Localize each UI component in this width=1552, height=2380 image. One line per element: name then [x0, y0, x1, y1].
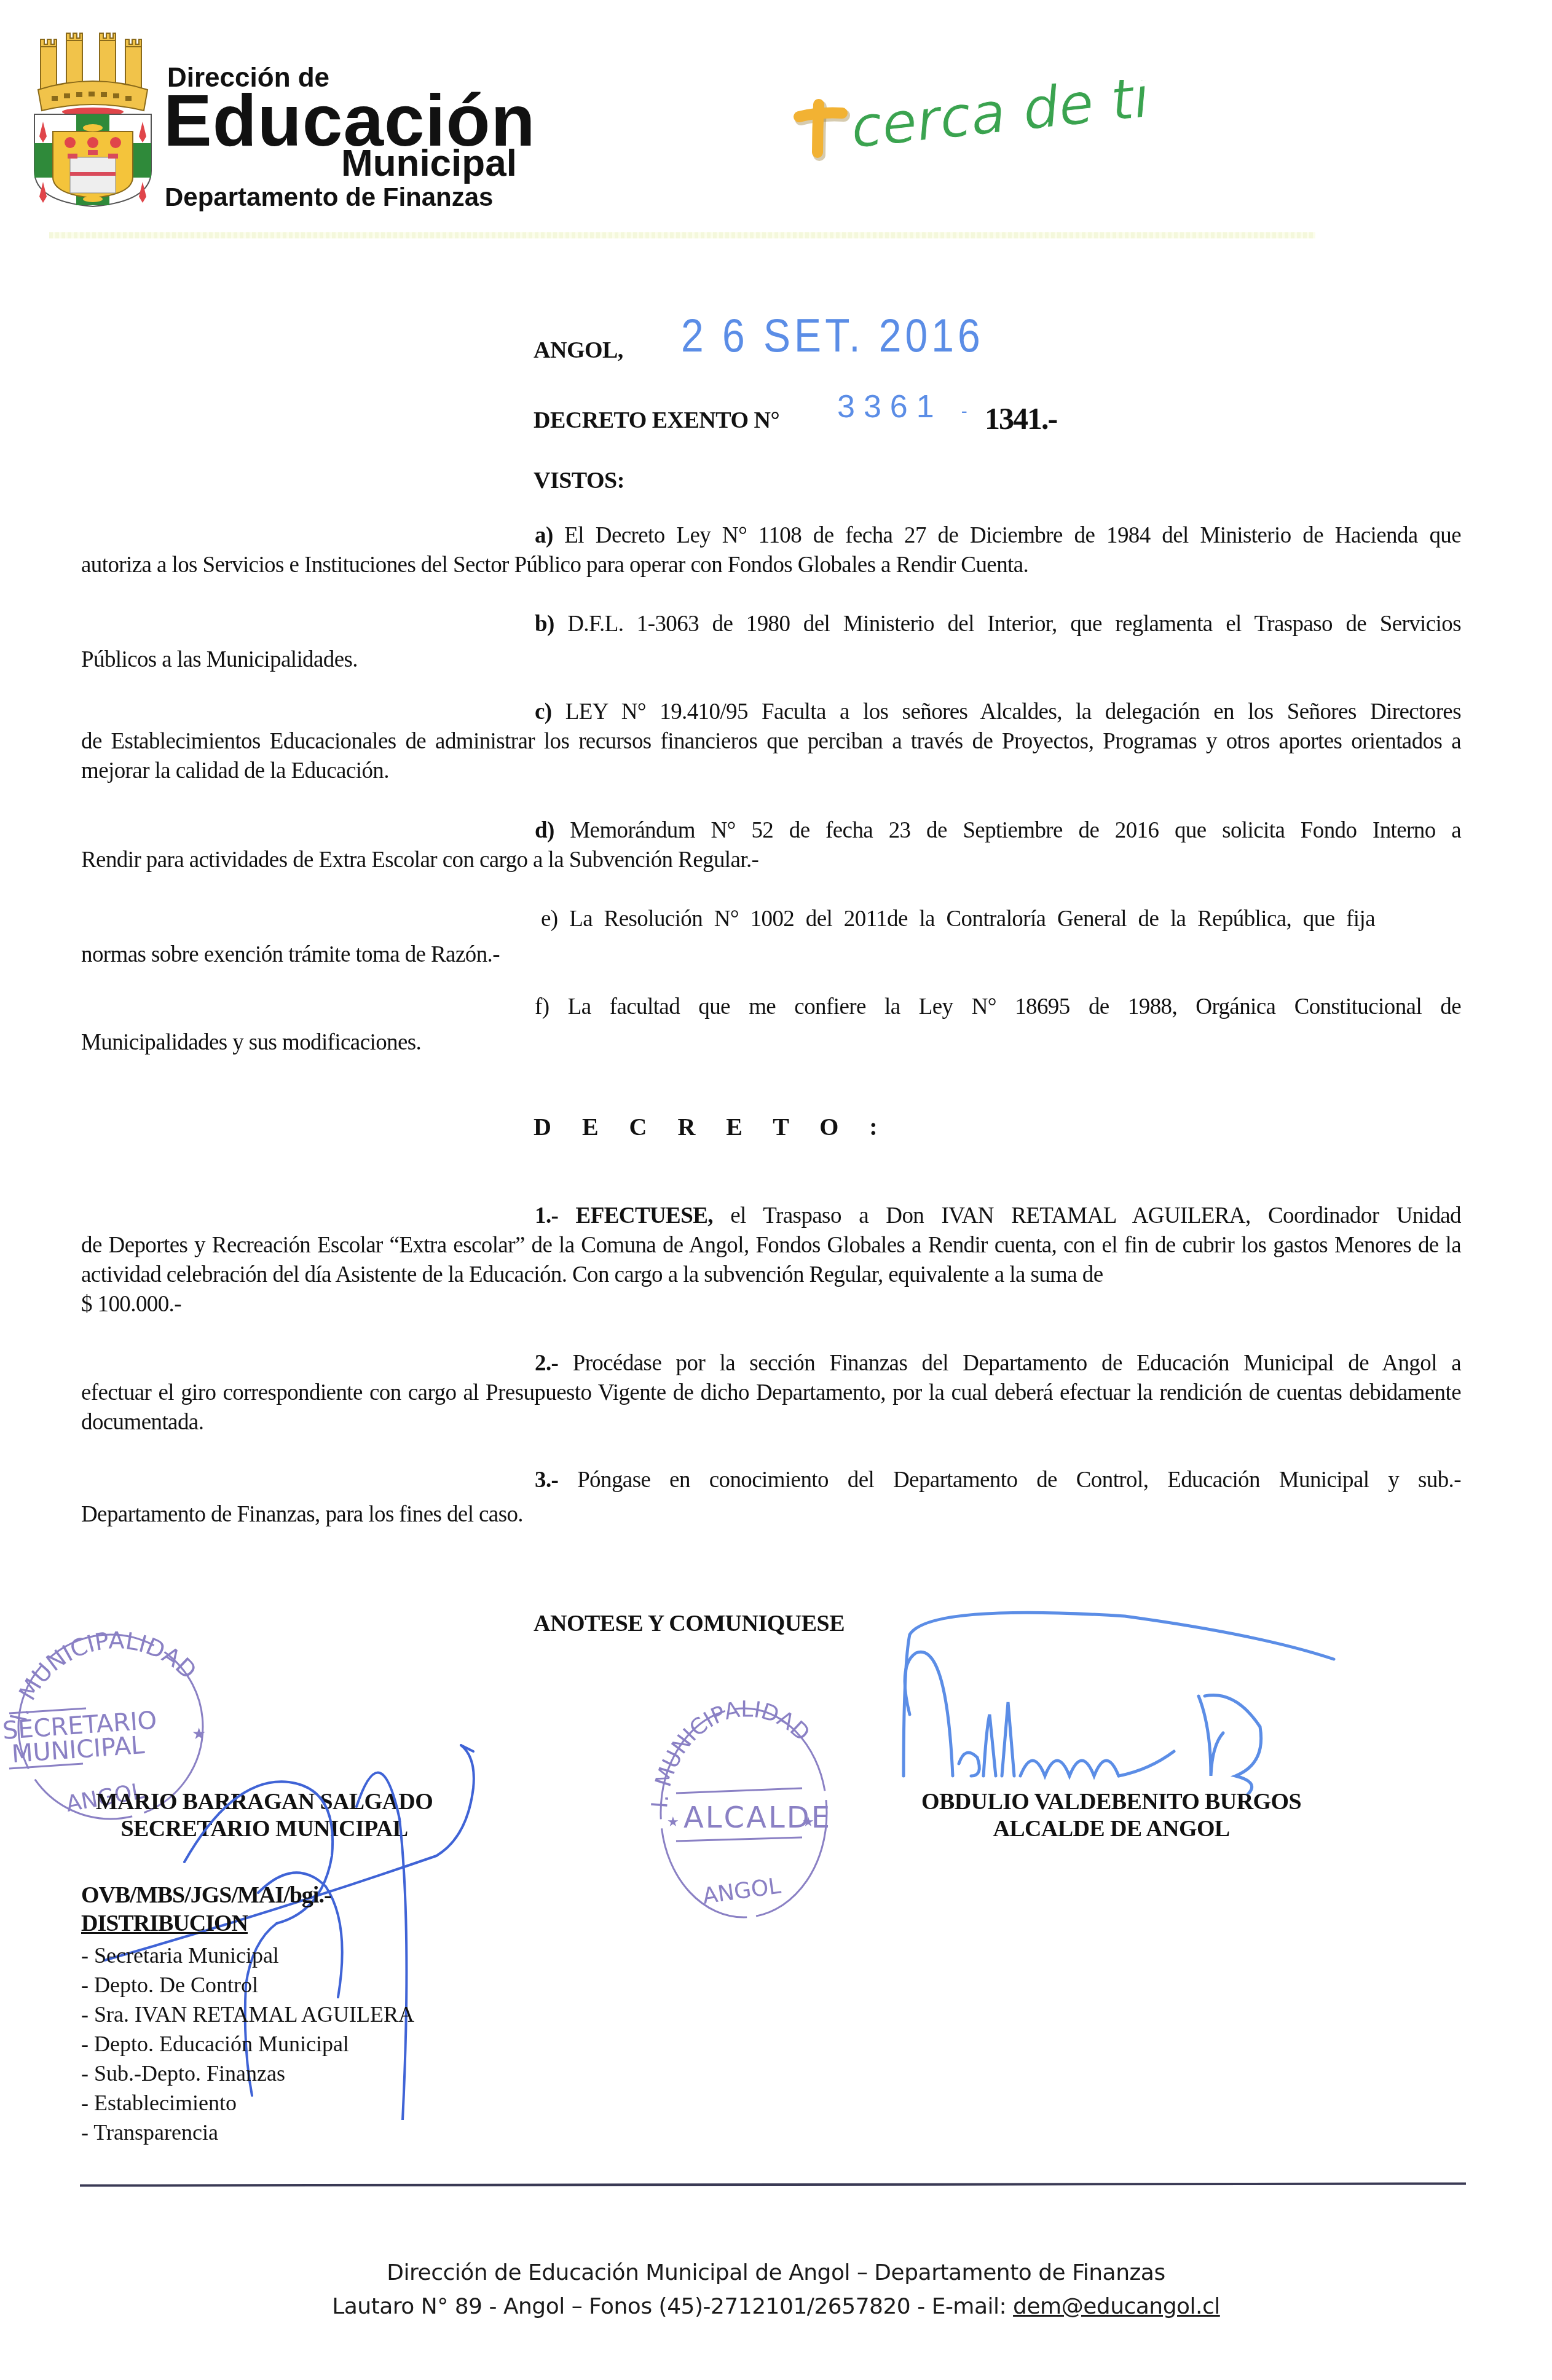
item-first-line: LEY N° 19.410/95 Faculta a los señores A… [565, 699, 1461, 725]
registry-stamp-number: 3361 [837, 389, 943, 425]
email-link[interactable]: dem@educangol.cl [1013, 2294, 1220, 2319]
vistos-item-e: e) La Resolución N° 1002 del 2011de la C… [81, 905, 1461, 970]
item-marker: f) [535, 994, 549, 1019]
svg-text:ALCALDE: ALCALDE [683, 1801, 832, 1835]
registry-stamp-dash: - [961, 401, 967, 422]
vistos-item-b: b) D.F.L. 1-3063 de 1980 del Ministerio … [81, 610, 1461, 675]
item-first-line: D.F.L. 1-3063 de 1980 del Ministerio del… [567, 611, 1461, 637]
footer-org-line: Dirección de Educación Municipal de Ango… [0, 2260, 1552, 2285]
mayor-signature-block: OBDULIO VALDEBENITO BURGOS ALCALDE DE AN… [890, 1788, 1333, 1842]
item-continuation: de Establecimientos Educacionales de adm… [81, 727, 1461, 786]
secretary-signature-block: MARIO BARRAGAN SALGADO SECRETARIO MUNICI… [92, 1788, 436, 1842]
vistos-heading: VISTOS: [534, 467, 624, 494]
svg-text:★: ★ [192, 1725, 206, 1743]
header-divider [49, 232, 1315, 238]
mayor-handwritten-signature [891, 1592, 1371, 1794]
item-continuation: Rendir para actividades de Extra Escolar… [81, 846, 1461, 875]
secretary-name: MARIO BARRAGAN SALGADO [92, 1788, 436, 1815]
list-item: - Depto. De Control [81, 1970, 414, 2000]
list-item: - Sub.-Depto. Finanzas [81, 2059, 414, 2088]
item-continuation: Departamento de Finanzas, para los fines… [81, 1500, 1461, 1530]
registry-stamp: 3361- [837, 388, 967, 425]
vistos-item-d: d) Memorándum N° 52 de fecha 23 de Septi… [81, 816, 1461, 875]
item-first-line: El Decreto Ley N° 1108 de fecha 27 de Di… [564, 523, 1461, 548]
decreto-item-2: 2.- Procédase por la sección Finanzas de… [81, 1349, 1461, 1437]
list-item: - Transparencia [81, 2118, 414, 2147]
svg-text:MUNICIPAL: MUNICIPAL [10, 1731, 146, 1769]
svg-text:★: ★ [667, 1815, 679, 1830]
slogan-logo: cerca de ti [781, 80, 1211, 172]
mayor-name: OBDULIO VALDEBENITO BURGOS [890, 1788, 1333, 1815]
transfer-amount: $ 100.000.- [81, 1290, 1461, 1319]
vistos-item-f: f) La facultad que me confiere la Ley N°… [81, 992, 1461, 1058]
decree-number: 1341.- [985, 401, 1057, 436]
date-stamp: 2 6 SET. 2016 [681, 308, 984, 362]
decreto-heading: D E C R E T O : [534, 1112, 890, 1141]
list-item: - Establecimiento [81, 2088, 414, 2118]
svg-text:I. MUNICIPALIDAD: I. MUNICIPALIDAD [5, 1627, 202, 1724]
item-marker: b) [535, 611, 554, 637]
closing-formula: ANOTESE Y COMUNIQUESE [534, 1610, 845, 1637]
mayor-title: ALCALDE DE ANGOL [890, 1815, 1333, 1842]
item-marker: 2.- [535, 1351, 558, 1376]
item-first-line: Procédase por la sección Finanzas del De… [573, 1351, 1461, 1376]
svg-text:★: ★ [802, 1815, 814, 1830]
item-marker: 3.- [535, 1467, 558, 1493]
city-label: ANGOL, [534, 337, 623, 364]
item-first-line: Póngase en conocimiento del Departamento… [577, 1467, 1461, 1493]
item-continuation: autoriza a los Servicios e Instituciones… [81, 551, 1461, 580]
vistos-item-c: c) LEY N° 19.410/95 Faculta a los señore… [81, 697, 1461, 786]
vistos-item-a: a) El Decreto Ley N° 1108 de fecha 27 de… [81, 521, 1461, 580]
decreto-item-3: 3.- Póngase en conocimiento del Departam… [81, 1466, 1461, 1530]
list-item: - Depto. Educación Municipal [81, 2029, 414, 2059]
item-keyword: EFECTUESE, [576, 1203, 713, 1228]
secretary-title: SECRETARIO MUNICIPAL [92, 1815, 436, 1842]
decreto-item-1: 1.- EFECTUESE, el Traspaso a Don IVAN RE… [81, 1201, 1461, 1319]
decree-label: DECRETO EXENTO N° [534, 407, 779, 434]
footer-contact-line: Lautaro N° 89 - Angol – Fonos (45)-27121… [0, 2294, 1552, 2319]
distribution-list: - Secretaria Municipal - Depto. De Contr… [81, 1941, 414, 2147]
svg-text:SECRETARIO: SECRETARIO [1, 1706, 157, 1745]
municipal-coat-of-arms-icon [27, 29, 159, 208]
footer-address: Lautaro N° 89 - Angol – Fonos (45)-27121… [332, 2294, 1013, 2319]
item-continuation: de Deportes y Recreación Escolar “Extra … [81, 1231, 1461, 1290]
item-first-line: el Traspaso a Don IVAN RETAMAL AGUILERA,… [730, 1203, 1461, 1228]
svg-text:cerca de ti: cerca de ti [848, 80, 1152, 161]
item-first-line: Memorándum N° 52 de fecha 23 de Septiemb… [570, 818, 1461, 843]
mayor-seal-icon: I. MUNICIPALIDAD ★ ★ ALCALDE ANGOL [639, 1696, 848, 1930]
department-name: Departamento de Finanzas [165, 184, 493, 210]
list-item: - Secretaria Municipal [81, 1941, 414, 1970]
item-continuation: Municipalidades y sus modificaciones. [81, 1028, 1461, 1058]
item-marker: d) [535, 818, 554, 843]
item-first-line: La facultad que me confiere la Ley N° 18… [568, 994, 1461, 1019]
footer-divider [80, 2182, 1466, 2186]
item-marker: c) [535, 699, 552, 725]
org-name-line3: Municipal [341, 144, 517, 183]
item-continuation: normas sobre exención trámite toma de Ra… [81, 940, 1461, 970]
item-marker: 1.- [535, 1203, 558, 1228]
item-first-line: La Resolución N° 1002 del 2011de la Cont… [569, 906, 1375, 932]
item-continuation: Públicos a las Municipalidades. [81, 645, 1461, 675]
svg-text:ANGOL: ANGOL [701, 1874, 782, 1909]
distribution-title: DISTRIBUCION [81, 1910, 248, 1937]
responsibility-initials: OVB/MBS/JGS/MAI/bgi.- [81, 1882, 331, 1909]
item-marker: a) [535, 523, 553, 548]
item-marker: e) [541, 906, 558, 932]
svg-text:I. MUNICIPALIDAD: I. MUNICIPALIDAD [647, 1697, 814, 1809]
list-item: - Sra. IVAN RETAMAL AGUILERA [81, 2000, 414, 2029]
item-continuation: efectuar el giro correspondiente con car… [81, 1378, 1461, 1437]
plus-icon [799, 104, 844, 155]
